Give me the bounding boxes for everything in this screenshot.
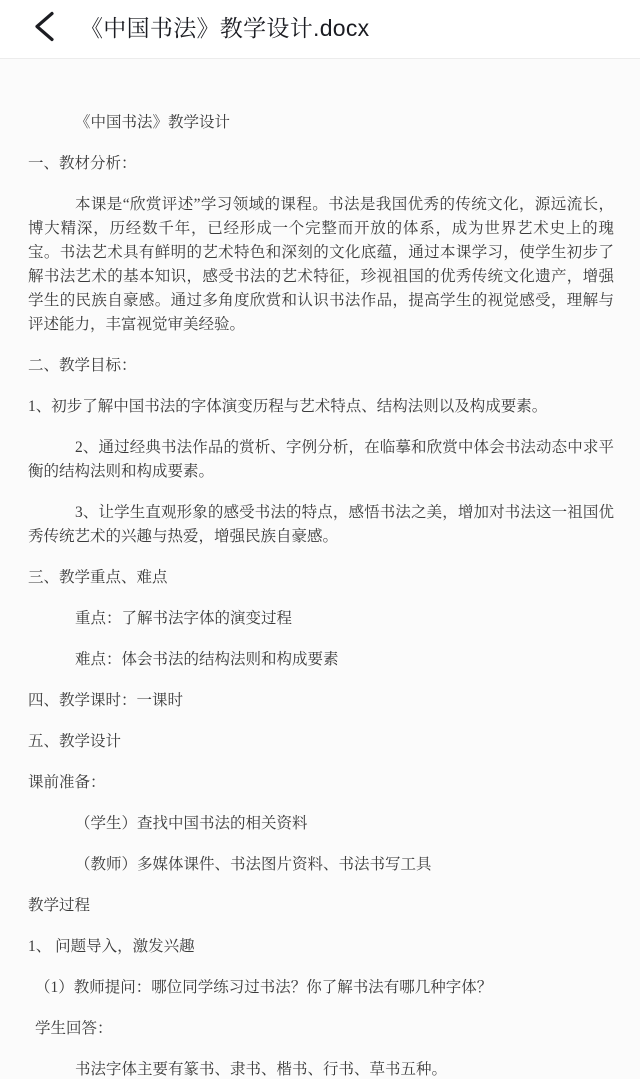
- paragraph: （教师）多媒体课件、书法图片资料、书法书写工具: [28, 853, 614, 877]
- paragraph: 2、通过经典书法作品的赏析、字例分析，在临摹和欣赏中体会书法动态中求平衡的结构法…: [28, 436, 614, 484]
- paragraph: 3、让学生直观形象的感受书法的特点，感悟书法之美，增加对书法这一祖国优秀传统艺术…: [28, 501, 614, 549]
- paragraph: 学生回答：: [28, 1017, 614, 1041]
- paragraph: 二、教学目标：: [28, 354, 614, 378]
- file-title: 《中国书法》教学设计.docx: [80, 10, 369, 43]
- paragraph: （1）教师提问：哪位同学练习过书法？你了解书法有哪几种字体？: [28, 976, 614, 1000]
- paragraph: 本课是“欣赏评述”学习领域的课程。书法是我国优秀的传统文化，源远流长，博大精深，…: [28, 193, 614, 337]
- paragraph: 四、教学课时：一课时: [28, 689, 614, 713]
- paragraph: 教学过程: [28, 894, 614, 918]
- paragraph: 课前准备：: [28, 771, 614, 795]
- paragraph: 五、教学设计: [28, 730, 614, 754]
- paragraph: 1、初步了解中国书法的字体演变历程与艺术特点、结构法则以及构成要素。: [28, 395, 614, 419]
- header-bar: 《中国书法》教学设计.docx: [0, 0, 640, 59]
- file-preview-screen: 《中国书法》教学设计.docx 《中国书法》教学设计一、教材分析：本课是“欣赏评…: [0, 0, 640, 1079]
- paragraph: 三、教学重点、难点: [28, 566, 614, 590]
- back-button[interactable]: [33, 8, 59, 44]
- paragraph: 1、 问题导入，激发兴趣: [28, 935, 614, 959]
- paragraph: 一、教材分析：: [28, 152, 614, 176]
- paragraph: 书法字体主要有篆书、隶书、楷书、行书、草书五种。: [28, 1058, 614, 1079]
- paragraph: （学生）查找中国书法的相关资料: [28, 812, 614, 836]
- paragraph: 《中国书法》教学设计: [28, 111, 614, 135]
- chevron-left-icon: [33, 11, 55, 42]
- paragraph: 重点：了解书法字体的演变过程: [28, 607, 614, 631]
- paragraph: 难点：体会书法的结构法则和构成要素: [28, 648, 614, 672]
- document-page[interactable]: 《中国书法》教学设计一、教材分析：本课是“欣赏评述”学习领域的课程。书法是我国优…: [0, 59, 640, 1079]
